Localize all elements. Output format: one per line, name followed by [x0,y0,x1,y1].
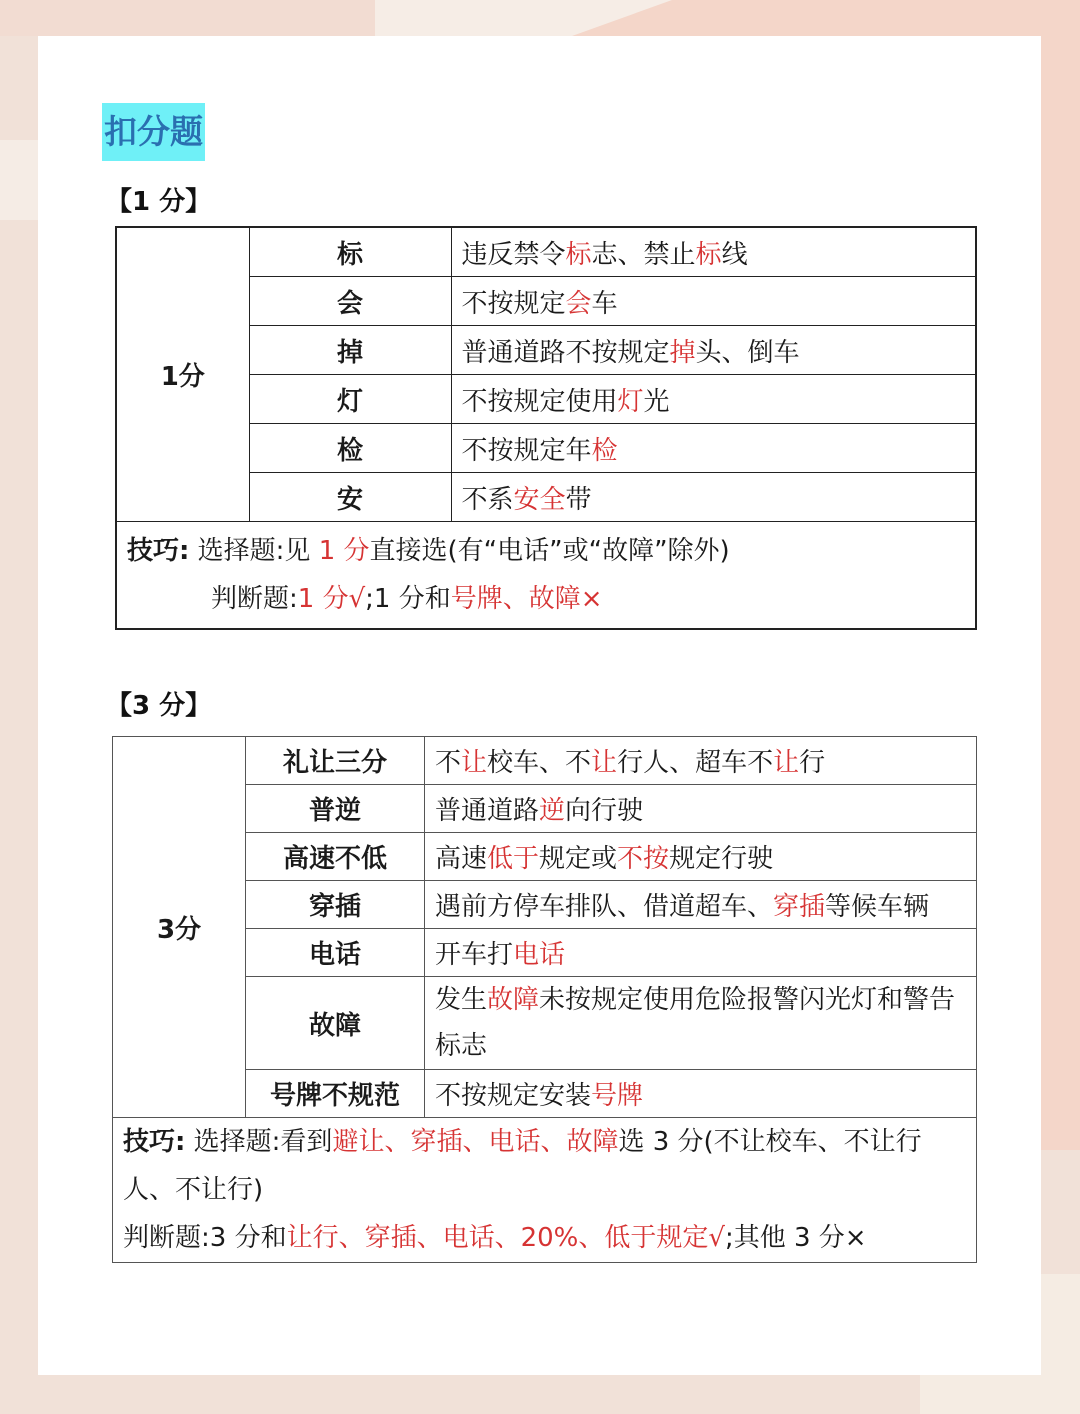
background-shape [0,140,40,220]
table-row: 1分标违反禁令标志、禁止标线 [116,227,976,277]
text-run: 头、倒车 [696,338,800,368]
text-run: 向行驶 [565,796,643,826]
text-run: 行人、超车不 [617,748,773,778]
background-shape [0,0,380,36]
highlighted-text: 灯 [618,387,644,417]
keyword-cell: 普逆 [246,785,425,833]
tip-multiple-choice: 技巧: 选择题:见 1 分直接选(有“电话”或“故障”除外) [127,527,965,575]
tip-row: 技巧: 选择题:看到避让、穿插、电话、故障选 3 分(不让校车、不让行人、不让行… [113,1118,977,1263]
tip-multiple-choice: 技巧: 选择题:看到避让、穿插、电话、故障选 3 分(不让校车、不让行人、不让行… [123,1118,966,1214]
text-run: 不按规定使用 [462,387,618,417]
text-run: 不系 [462,485,514,515]
text-run: 车 [592,289,618,319]
highlighted-text: 不按 [617,844,669,874]
highlighted-text: 安全 [514,485,566,515]
description-cell: 不按规定会车 [451,277,976,326]
highlighted-text: 穿插 [773,892,825,922]
highlighted-text: 会 [566,289,592,319]
description-cell: 违反禁令标志、禁止标线 [451,227,976,277]
keyword-cell: 号牌不规范 [246,1070,425,1118]
tip-heading: 技巧: [127,536,189,566]
text-run: 规定或 [539,844,617,874]
description-cell: 普通道路逆向行驶 [425,785,977,833]
text-run: 遇前方停车排队、借道超车、 [435,892,773,922]
tip-row: 技巧: 选择题:见 1 分直接选(有“电话”或“故障”除外)判断题:1 分√;1… [116,522,976,630]
highlighted-text: 标 [696,240,722,270]
description-cell: 不按规定年检 [451,424,976,473]
keyword-cell: 穿插 [246,881,425,929]
tip-heading: 技巧: [123,1127,185,1157]
text-run: 不按规定年 [462,436,592,466]
highlighted-text: 让 [773,748,799,778]
score-cell: 3分 [113,737,246,1118]
text-run: 光 [644,387,670,417]
highlighted-text: 避让、穿插、电话、故障 [332,1127,618,1157]
keyword-cell: 安 [249,473,451,522]
highlighted-text: 让 [461,748,487,778]
highlighted-text: 标 [566,240,592,270]
description-cell: 开车打电话 [425,929,977,977]
description-cell: 不按规定安装号牌 [425,1070,977,1118]
description-cell: 遇前方停车排队、借道超车、穿插等候车辆 [425,881,977,929]
keyword-cell: 掉 [249,326,451,375]
rules-table-1-point: 1分标违反禁令标志、禁止标线会不按规定会车掉普通道路不按规定掉头、倒车灯不按规定… [115,226,977,630]
text-run: 不按规定安装 [435,1081,591,1111]
text-run: 带 [566,485,592,515]
highlighted-text: 让行、穿插、电话、20%、低于规定√ [287,1223,725,1253]
highlighted-text: 让 [591,748,617,778]
text-run: ;其他 3 分× [725,1223,867,1253]
text-run: 发生 [435,985,487,1015]
text-run: ;1 分和 [365,584,451,614]
text-run: 直接选(有“电话”或“故障”除外) [370,536,730,566]
text-run: 行 [799,748,825,778]
keyword-cell: 会 [249,277,451,326]
text-run: 普通道路不按规定 [462,338,670,368]
description-cell: 不系安全带 [451,473,976,522]
keyword-cell: 礼让三分 [246,737,425,785]
description-cell: 高速低于规定或不按规定行驶 [425,833,977,881]
score-cell: 1分 [116,227,249,522]
tip-cell: 技巧: 选择题:看到避让、穿插、电话、故障选 3 分(不让校车、不让行人、不让行… [113,1118,977,1263]
text-run: 不按规定 [462,289,566,319]
text-run: 高速 [435,844,487,874]
keyword-cell: 灯 [249,375,451,424]
keyword-cell: 电话 [246,929,425,977]
highlighted-text: 号牌 [591,1081,643,1111]
highlighted-text: 1 分√ [298,584,365,614]
highlighted-text: 低于 [487,844,539,874]
keyword-cell: 故障 [246,977,425,1070]
tip-cell: 技巧: 选择题:见 1 分直接选(有“电话”或“故障”除外)判断题:1 分√;1… [116,522,976,630]
table-row: 3分礼让三分不让校车、不让行人、超车不让行 [113,737,977,785]
text-run: 志、禁止 [592,240,696,270]
text-run: 判断题: [211,584,298,614]
text-run: 线 [722,240,748,270]
text-run: 选择题:见 [189,536,318,566]
text-run: 校车、不 [487,748,591,778]
rules-table-3-point: 3分礼让三分不让校车、不让行人、超车不让行普逆普通道路逆向行驶高速不低高速低于规… [112,736,977,1263]
keyword-cell: 高速不低 [246,833,425,881]
highlighted-text: 逆 [539,796,565,826]
tip-true-false: 判断题:1 分√;1 分和号牌、故障× [127,575,965,623]
keyword-cell: 检 [249,424,451,473]
tip-true-false: 判断题:3 分和让行、穿插、电话、20%、低于规定√;其他 3 分× [123,1214,966,1262]
highlighted-text: 电话 [513,940,565,970]
highlighted-text: 故障 [487,985,539,1015]
text-run: 普通道路 [435,796,539,826]
text-run: 判断题:3 分和 [123,1223,287,1253]
description-cell: 普通道路不按规定掉头、倒车 [451,326,976,375]
text-run: 选择题:看到 [185,1127,332,1157]
section-label-3-point: 【3 分】 [106,685,211,722]
highlighted-text: 掉 [670,338,696,368]
text-run: 不 [435,748,461,778]
text-run: 规定行驶 [669,844,773,874]
highlighted-text: 1 分 [319,536,370,566]
section-label-1-point: 【1 分】 [106,181,211,218]
description-cell: 不按规定使用灯光 [451,375,976,424]
description-cell: 发生故障未按规定使用危险报警闪光灯和警告标志 [425,977,977,1070]
keyword-cell: 标 [249,227,451,277]
document-page: 扣分题 【1 分】 1分标违反禁令标志、禁止标线会不按规定会车掉普通道路不按规定… [38,36,1041,1375]
text-run: 开车打 [435,940,513,970]
page-title: 扣分题 [102,103,205,161]
text-run: 等候车辆 [825,892,929,922]
description-cell: 不让校车、不让行人、超车不让行 [425,737,977,785]
text-run: 违反禁令 [462,240,566,270]
highlighted-text: 号牌、故障× [451,584,603,614]
highlighted-text: 检 [592,436,618,466]
